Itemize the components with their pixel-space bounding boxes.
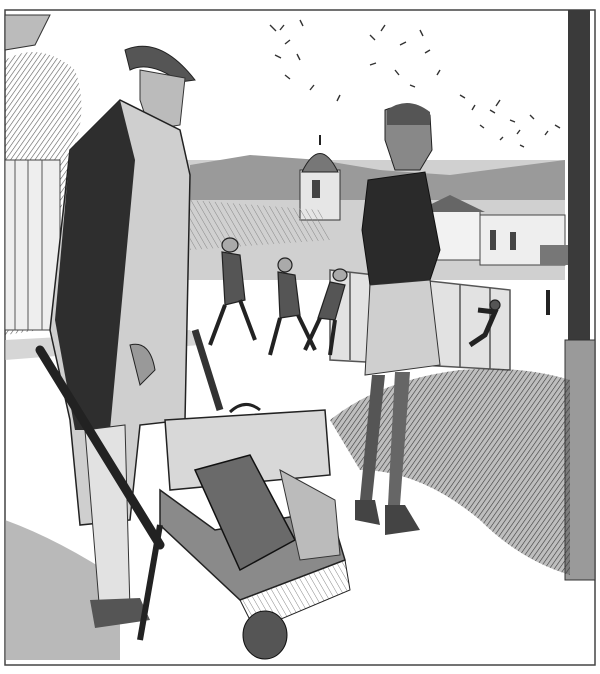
sketch-illustration: [0, 0, 600, 674]
